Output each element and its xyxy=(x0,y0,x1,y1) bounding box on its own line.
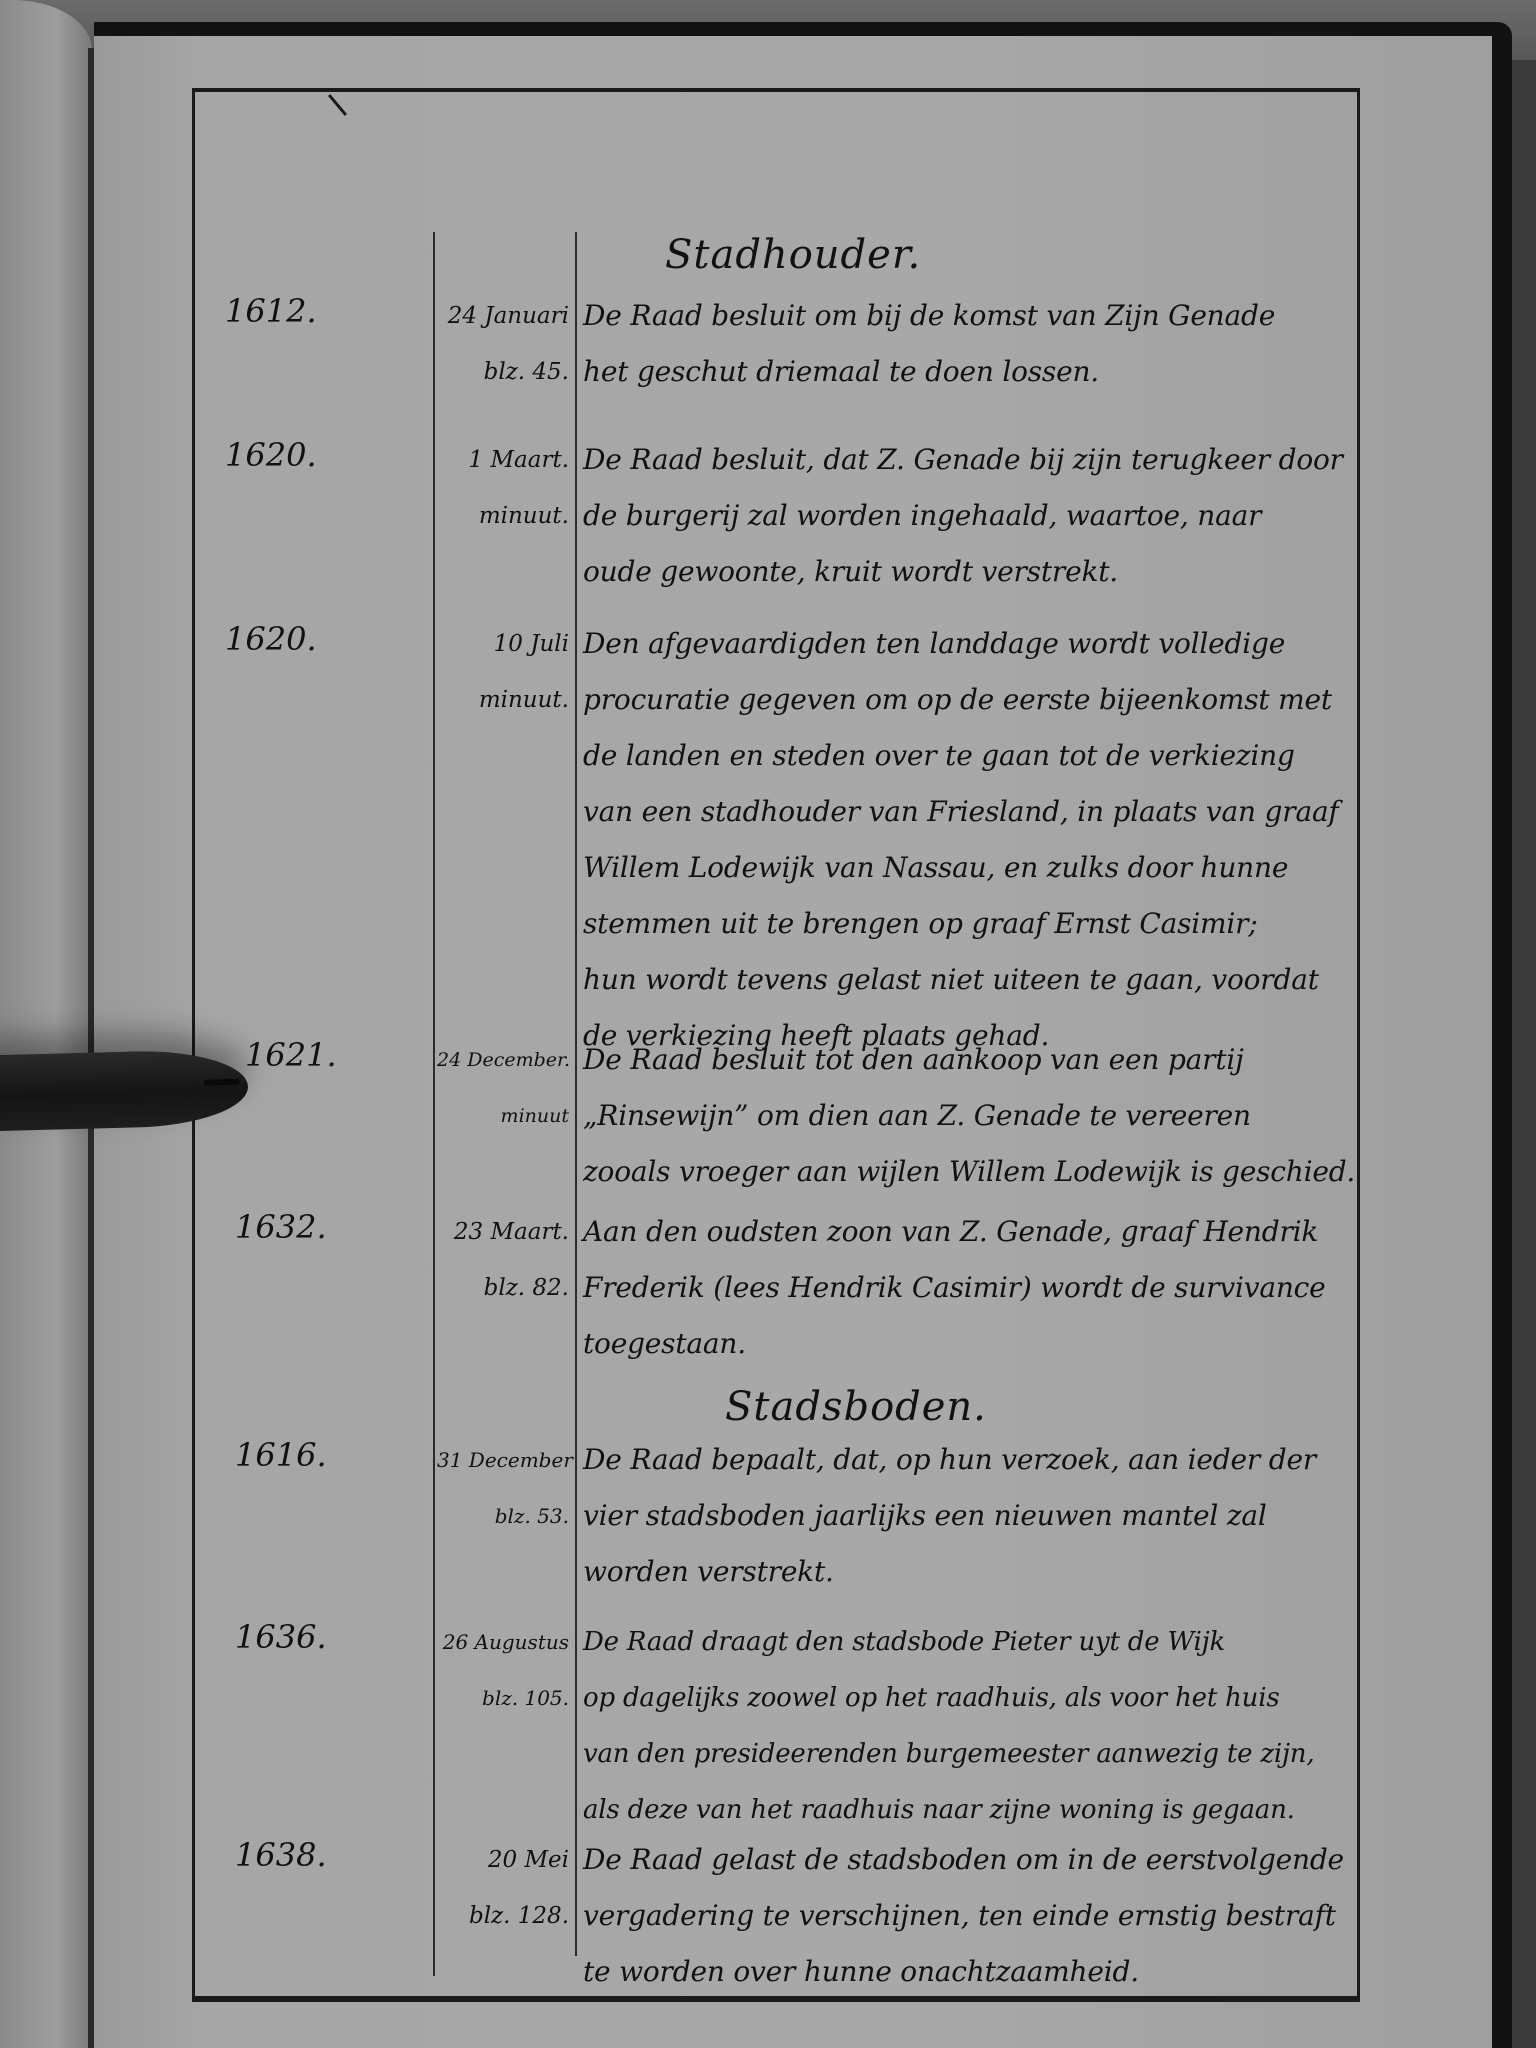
text-line: van een stadhouder van Friesland, in pla… xyxy=(583,784,1353,840)
entry-date: 24 December. minuut xyxy=(437,1032,575,1144)
entry-year: 1638. xyxy=(235,1836,435,1874)
text-line: Den afgevaardigden ten landdage wordt vo… xyxy=(583,616,1353,672)
text-line: De Raad bepaalt, dat, op hun verzoek, aa… xyxy=(583,1432,1353,1488)
text-line: als deze van het raadhuis naar zijne won… xyxy=(583,1782,1353,1838)
page-frame: Stadhouder. 1612. 24 Januari blz. 45. De… xyxy=(192,88,1360,2002)
entry-year: 1620. xyxy=(225,620,425,658)
entry-year: 1620. xyxy=(225,436,425,474)
date-page-ref: blz. 128. xyxy=(437,1888,569,1944)
text-line: De Raad besluit, dat Z. Genade bij zijn … xyxy=(583,432,1353,488)
date-day: 24 Januari xyxy=(437,288,569,344)
entry-year: 1632. xyxy=(235,1208,435,1246)
date-page-ref: blz. 53. xyxy=(437,1488,569,1544)
text-line: Frederik (lees Hendrik Casimir) wordt de… xyxy=(583,1260,1353,1316)
entry-year: 1612. xyxy=(225,292,425,330)
text-line: Aan den oudsten zoon van Z. Genade, graa… xyxy=(583,1204,1353,1260)
entry-text: Aan den oudsten zoon van Z. Genade, graa… xyxy=(583,1204,1353,1372)
entry-date: 10 Juli minuut. xyxy=(437,616,575,728)
entry-text: De Raad gelast de stadsboden om in de ee… xyxy=(583,1832,1353,2000)
text-line: procuratie gegeven om op de eerste bijee… xyxy=(583,672,1353,728)
section-heading-stadhouder: Stadhouder. xyxy=(665,232,921,278)
text-line: van den presideerenden burgemeester aanw… xyxy=(583,1726,1353,1782)
text-line: zooals vroeger aan wijlen Willem Lodewij… xyxy=(583,1144,1353,1200)
entry-text: De Raad besluit, dat Z. Genade bij zijn … xyxy=(583,432,1353,600)
date-page-ref: minuut. xyxy=(437,488,569,544)
text-line: de burgerij zal worden ingehaald, waarto… xyxy=(583,488,1353,544)
date-day: 31 December xyxy=(437,1432,569,1488)
entry-date: 31 December blz. 53. xyxy=(437,1432,575,1544)
entry-date: 24 Januari blz. 45. xyxy=(437,288,575,400)
text-line: hun wordt tevens gelast niet uiteen te g… xyxy=(583,952,1353,1008)
date-page-ref: blz. 45. xyxy=(437,344,569,400)
entry-date: 20 Mei blz. 128. xyxy=(437,1832,575,1944)
date-day: 24 December. xyxy=(437,1032,569,1088)
text-line: De Raad besluit om bij de komst van Zijn… xyxy=(583,288,1353,344)
text-line: de landen en steden over te gaan tot de … xyxy=(583,728,1353,784)
section-heading-stadsboden: Stadsboden. xyxy=(725,1384,987,1430)
text-line: De Raad gelast de stadsboden om in de ee… xyxy=(583,1832,1353,1888)
entry-year: 1616. xyxy=(235,1436,435,1474)
date-page-ref: minuut. xyxy=(437,672,569,728)
date-day: 23 Maart. xyxy=(437,1204,569,1260)
text-line: het geschut driemaal te doen lossen. xyxy=(583,344,1353,400)
right-page: Stadhouder. 1612. 24 Januari blz. 45. De… xyxy=(94,36,1492,2048)
entry-year: 1636. xyxy=(235,1618,435,1656)
entry-date: 23 Maart. blz. 82. xyxy=(437,1204,575,1316)
text-line: Willem Lodewijk van Nassau, en zulks doo… xyxy=(583,840,1353,896)
text-line: vergadering te verschijnen, ten einde er… xyxy=(583,1888,1353,1944)
entry-text: De Raad bepaalt, dat, op hun verzoek, aa… xyxy=(583,1432,1353,1600)
text-line: vier stadsboden jaarlijks een nieuwen ma… xyxy=(583,1488,1353,1544)
entry-text: De Raad besluit tot den aankoop van een … xyxy=(583,1032,1353,1200)
text-line: De Raad draagt den stadsbode Pieter uyt … xyxy=(583,1614,1353,1670)
pen-tip xyxy=(204,1079,240,1086)
year-column-divider xyxy=(433,232,435,1976)
book-gutter xyxy=(88,48,94,2048)
text-line: op dagelijks zoowel op het raadhuis, als… xyxy=(583,1670,1353,1726)
text-line: toegestaan. xyxy=(583,1316,1353,1372)
text-line: worden verstrekt. xyxy=(583,1544,1353,1600)
date-day: 1 Maart. xyxy=(437,432,569,488)
date-page-ref: blz. 82. xyxy=(437,1260,569,1316)
entry-text: Den afgevaardigden ten landdage wordt vo… xyxy=(583,616,1353,1064)
entry-text: De Raad besluit om bij de komst van Zijn… xyxy=(583,288,1353,400)
left-page-edge xyxy=(0,0,92,2048)
date-page-ref: minuut xyxy=(437,1088,569,1144)
text-line: stemmen uit te brengen op graaf Ernst Ca… xyxy=(583,896,1353,952)
date-day: 20 Mei xyxy=(437,1832,569,1888)
text-line: te worden over hunne onachtzaamheid. xyxy=(583,1944,1353,2000)
date-page-ref: blz. 105. xyxy=(437,1670,569,1726)
text-line: „Rinsewijn” om dien aan Z. Genade te ver… xyxy=(583,1088,1353,1144)
date-day: 26 Augustus xyxy=(437,1614,569,1670)
entry-date: 26 Augustus blz. 105. xyxy=(437,1614,575,1726)
entry-year: 1621. xyxy=(245,1036,445,1074)
date-column-divider xyxy=(575,232,577,1956)
text-line: De Raad besluit tot den aankoop van een … xyxy=(583,1032,1353,1088)
date-day: 10 Juli xyxy=(437,616,569,672)
text-line: oude gewoonte, kruit wordt verstrekt. xyxy=(583,544,1353,600)
entry-date: 1 Maart. minuut. xyxy=(437,432,575,544)
entry-text: De Raad draagt den stadsbode Pieter uyt … xyxy=(583,1614,1353,1838)
